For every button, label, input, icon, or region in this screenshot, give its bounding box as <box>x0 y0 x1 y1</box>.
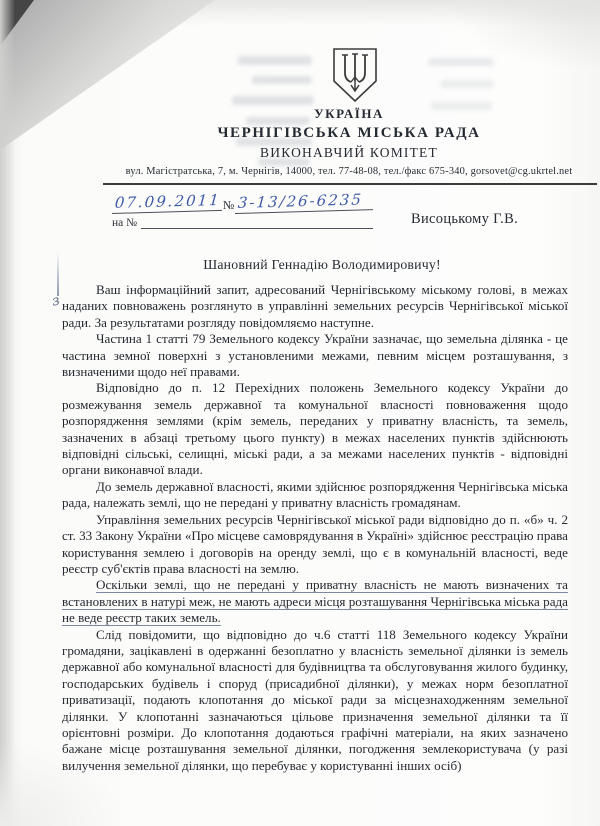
reply-to-blank-line <box>141 214 373 229</box>
reference-line-reply: на № <box>112 214 373 229</box>
outgoing-date-handwritten: 07.09.2011 <box>112 191 223 214</box>
addressee-name: Висоцькому Г.В. <box>411 211 518 228</box>
paragraph: До земель державної власності, якими зді… <box>62 479 568 512</box>
letterhead: УКРАЇНА ЧЕРНІГІВСЬКА МІСЬКА РАДА ВИКОНАВ… <box>108 106 590 177</box>
bleedthrough-mark <box>440 80 494 88</box>
letterhead-country: УКРАЇНА <box>108 106 590 122</box>
bleedthrough-mark <box>238 56 312 65</box>
reply-to-label: на № <box>112 217 141 229</box>
letterhead-organization: ЧЕРНІГІВСЬКА МІСЬКА РАДА <box>108 125 590 142</box>
bleedthrough-mark <box>252 76 312 84</box>
letterhead-contact-line: вул. Магістратська, 7, м. Чернігів, 1400… <box>108 166 590 177</box>
reference-line-date: 07.09.2011 № 3-13/26-6235 <box>112 190 373 214</box>
ukraine-trident-emblem-icon <box>330 47 380 104</box>
bleedthrough-mark <box>428 58 494 66</box>
paragraph: Слід повідомити, що відповідно до ч.6 ст… <box>62 627 568 775</box>
bleedthrough-mark <box>232 96 314 105</box>
letter-body: Ваш інформаційний запит, адресований Чер… <box>62 282 568 774</box>
scanned-letter-page: УКРАЇНА ЧЕРНІГІВСЬКА МІСЬКА РАДА ВИКОНАВ… <box>0 0 600 826</box>
margin-pen-mark: з <box>50 292 61 309</box>
outgoing-number-handwritten: 3-13/26-6235 <box>235 190 374 214</box>
scan-edge-left <box>0 0 15 826</box>
salutation: Шановний Геннадію Володимировичу! <box>62 257 582 273</box>
margin-pen-streak <box>57 252 59 296</box>
paragraph: Відповідно до п. 12 Перехідних положень … <box>62 380 568 478</box>
paragraph: Ваш інформаційний запит, адресований Чер… <box>62 282 568 331</box>
number-sign-label: № <box>222 198 235 214</box>
paragraph: Управління земельних ресурсів Чернігівсь… <box>62 512 568 578</box>
letterhead-committee: ВИКОНАВЧИЙ КОМІТЕТ <box>108 145 590 161</box>
paragraph: Частина 1 статті 79 Земельного кодексу У… <box>62 331 568 380</box>
letterhead-rule <box>103 183 597 185</box>
paragraph-pen-underlined: Оскільки землі, що не передані у приватн… <box>62 577 568 626</box>
